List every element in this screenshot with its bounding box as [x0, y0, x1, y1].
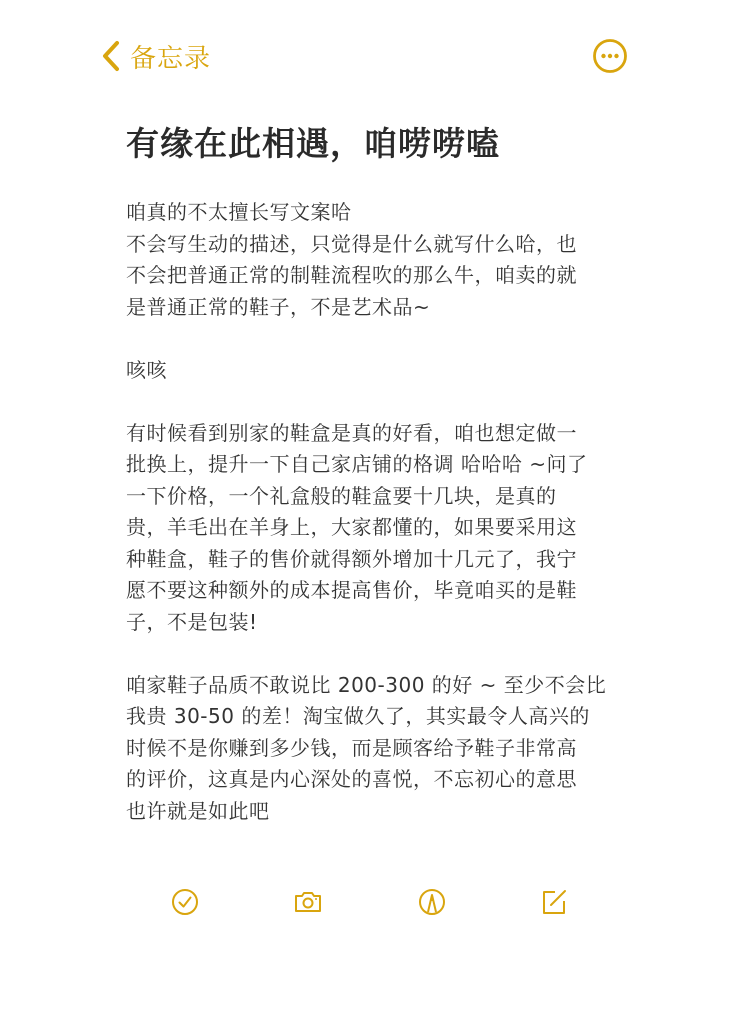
note-line: 不会写生动的描述，只觉得是什么就写什么哈，也 — [126, 229, 616, 261]
markup-pen-icon — [417, 887, 447, 917]
note-line: 愿不要这种额外的成本提高售价，毕竟咱买的是鞋 — [126, 575, 616, 607]
compose-button[interactable] — [536, 884, 572, 920]
note-line: 时候不是你赚到多少钱，而是顾客给予鞋子非常高 — [126, 733, 616, 765]
blank-line — [126, 638, 616, 670]
note-line: 咱家鞋子品质不敢说比 200-300 的好 ~ 至少不会比 — [126, 670, 616, 702]
note-line: 的评价，这真是内心深处的喜悦，不忘初心的意思 — [126, 764, 616, 796]
note-line: 贵，羊毛出在羊身上，大家都懂的，如果要采用这 — [126, 512, 616, 544]
markup-button[interactable] — [414, 884, 450, 920]
bottom-toolbar — [0, 884, 750, 920]
note-line: 是普通正常的鞋子，不是艺术品~ — [126, 292, 616, 324]
note-line: 咳咳 — [126, 355, 616, 387]
ellipsis-circle-icon — [592, 38, 628, 74]
note-line: 有时候看到别家的鞋盒是真的好看，咱也想定做一 — [126, 418, 616, 450]
note-line: 我贵 30-50 的差！淘宝做久了，其实最令人高兴的 — [126, 701, 616, 733]
camera-button[interactable] — [290, 884, 326, 920]
chevron-left-icon — [100, 40, 122, 72]
note-line: 咱真的不太擅长写文案哈 — [126, 197, 616, 229]
note-body[interactable]: 咱真的不太擅长写文案哈 不会写生动的描述，只觉得是什么就写什么哈，也 不会把普通… — [126, 197, 616, 827]
camera-icon — [293, 887, 323, 917]
navigation-bar: 备忘录 — [0, 0, 750, 110]
back-button[interactable]: 备忘录 — [100, 36, 211, 76]
note-line: 一下价格，一个礼盒般的鞋盒要十几块，是真的 — [126, 481, 616, 513]
note-line: 批换上，提升一下自己家店铺的格调 哈哈哈 ~问了 — [126, 449, 616, 481]
back-label: 备忘录 — [130, 38, 211, 75]
note-line: 子，不是包装! — [126, 607, 616, 639]
note-line: 种鞋盒，鞋子的售价就得额外增加十几元了，我宁 — [126, 544, 616, 576]
checklist-button[interactable] — [167, 884, 203, 920]
note-line: 也许就是如此吧 — [126, 796, 616, 828]
checklist-icon — [170, 887, 200, 917]
blank-line — [126, 386, 616, 418]
more-options-button[interactable] — [592, 38, 628, 74]
compose-icon — [539, 887, 569, 917]
note-line: 不会把普通正常的制鞋流程吹的那么牛，咱卖的就 — [126, 260, 616, 292]
note-title: 有缘在此相遇，咱唠唠嗑 — [126, 118, 500, 165]
blank-line — [126, 323, 616, 355]
